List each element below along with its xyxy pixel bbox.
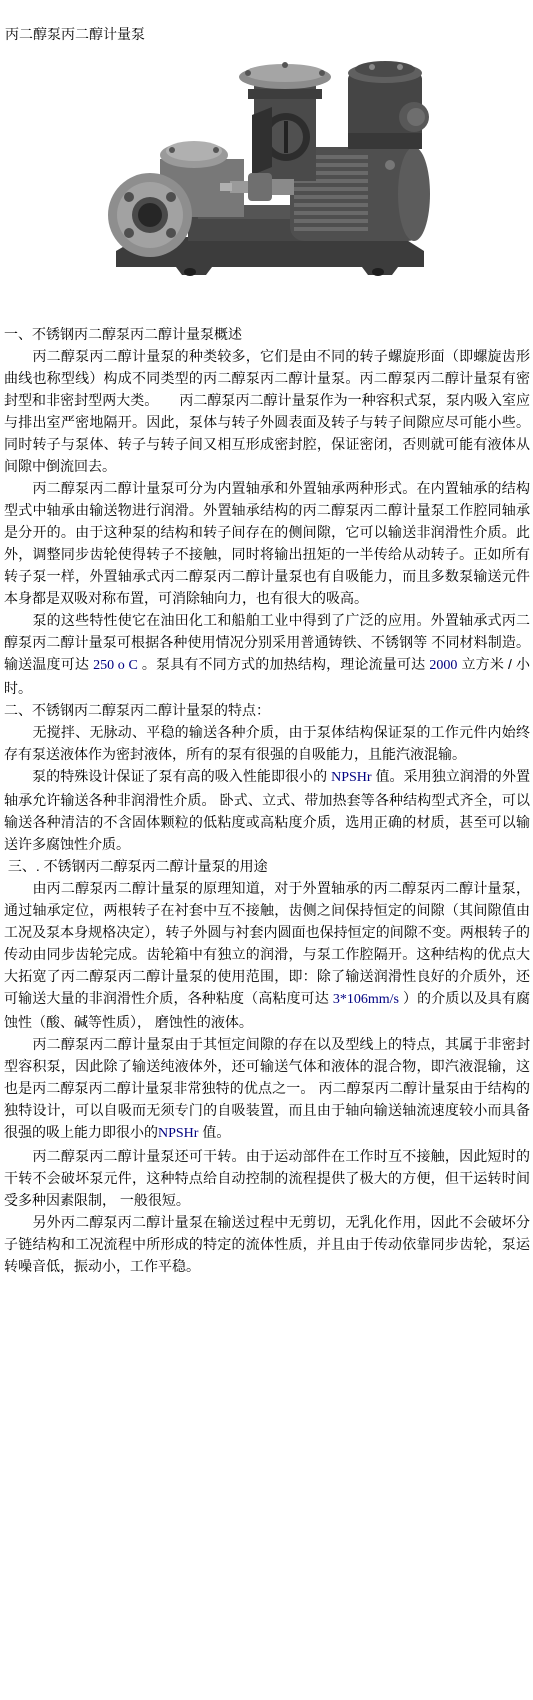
paragraph: 无搅拌、无脉动、平稳的输送各种介质，由于泵体结构保证泵的工作元件内始终存有泵送液… bbox=[4, 721, 530, 765]
text-run: 丙二醇泵丙二醇计量泵还可干转。由于运动部件在工作时互不接触，因此短时的干转不会破… bbox=[4, 1148, 530, 1208]
paragraph: 另外丙二醇泵丙二醇计量泵在输送过程中无剪切，无乳化作用，因此不会破坏分子链结构和… bbox=[4, 1211, 530, 1277]
section-heading: 三、. 不锈钢丙二醇泵丙二醇计量泵的用途 bbox=[4, 855, 530, 877]
paragraph: 丙二醇泵丙二醇计量泵的种类较多，它们是由不同的转子螺旋形面（即螺旋齿形曲线也称型… bbox=[4, 345, 530, 477]
text-run: 丙二醇泵丙二醇计量泵可分为内置轴承和外置轴承两种形式。在内置轴承的结构型式中轴承… bbox=[4, 480, 530, 606]
highlight-run: NPSHr bbox=[158, 1126, 198, 1141]
paragraph: 丙二醇泵丙二醇计量泵由于其恒定间隙的存在以及型线上的特点，其属于非密封型容积泵，… bbox=[4, 1033, 530, 1145]
paragraph: 泵的这些特性使它在油田化工和船舶工业中得到了广泛的应用。外置轴承式丙二醇泵丙二醇… bbox=[4, 609, 530, 699]
text-run: 。泵具有不同方式的加热结构，理论流量可达 bbox=[138, 656, 430, 672]
paragraph: 泵的特殊设计保证了泵有高的吸入性能即很小的 NPSHr 值。采用独立润滑的外置轴… bbox=[4, 765, 530, 855]
text-run: 值。 bbox=[198, 1124, 230, 1140]
paragraph: 丙二醇泵丙二醇计量泵可分为内置轴承和外置轴承两种形式。在内置轴承的结构型式中轴承… bbox=[4, 477, 530, 609]
highlight-run: 2000 bbox=[429, 658, 457, 673]
pump-photo-illustration bbox=[102, 55, 432, 283]
text-run: 由丙二醇泵丙二醇计量泵的原理知道，对于外置轴承的丙二醇泵丙二醇计量泵，通过轴承定… bbox=[4, 880, 530, 1006]
highlight-run: 3*106mm/s bbox=[333, 992, 399, 1007]
article-body: 一、不锈钢丙二醇泵丙二醇计量泵概述 丙二醇泵丙二醇计量泵的种类较多，它们是由不同… bbox=[0, 323, 533, 1277]
text-run: 丙二醇泵丙二醇计量泵的种类较多，它们是由不同的转子螺旋形面（即螺旋齿形曲线也称型… bbox=[4, 348, 530, 474]
product-photo bbox=[102, 55, 432, 283]
text-run: 另外丙二醇泵丙二醇计量泵在输送过程中无剪切，无乳化作用，因此不会破坏分子链结构和… bbox=[4, 1214, 530, 1274]
text-run: 泵的特殊设计保证了泵有高的吸入性能即很小的 bbox=[4, 768, 331, 784]
page-title: 丙二醇泵丙二醇计量泵 bbox=[5, 26, 533, 43]
paragraph: 丙二醇泵丙二醇计量泵还可干转。由于运动部件在工作时互不接触，因此短时的干转不会破… bbox=[4, 1145, 530, 1211]
paragraph: 由丙二醇泵丙二醇计量泵的原理知道，对于外置轴承的丙二醇泵丙二醇计量泵，通过轴承定… bbox=[4, 877, 530, 1033]
section-heading: 二、不锈钢丙二醇泵丙二醇计量泵的特点： bbox=[4, 699, 530, 721]
document-page: 丙二醇泵丙二醇计量泵 bbox=[0, 0, 533, 1700]
highlight-run: NPSHr bbox=[331, 770, 371, 785]
section-heading: 一、不锈钢丙二醇泵丙二醇计量泵概述 bbox=[4, 323, 530, 345]
highlight-run: 250 o C bbox=[93, 658, 138, 673]
text-run: 丙二醇泵丙二醇计量泵由于其恒定间隙的存在以及型线上的特点，其属于非密封型容积泵，… bbox=[4, 1036, 530, 1140]
text-run: 无搅拌、无脉动、平稳的输送各种介质，由于泵体结构保证泵的工作元件内始终存有泵送液… bbox=[4, 724, 530, 762]
